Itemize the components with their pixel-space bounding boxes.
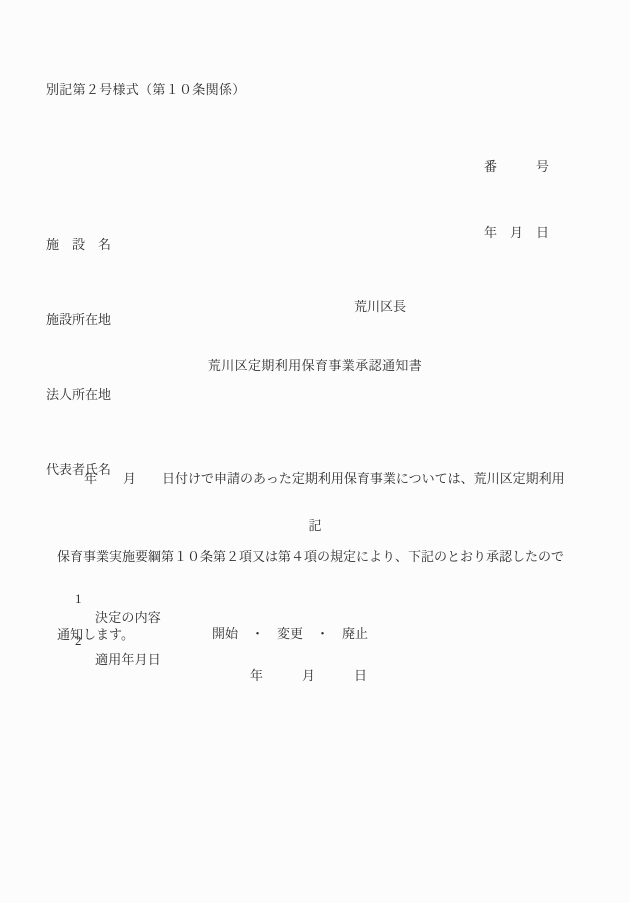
item-label: 適用年月日 (95, 649, 161, 668)
sender-name: 荒川区長 (354, 296, 406, 315)
body-paragraph-line-1: 年 月 日付けで申請のあった定期利用保育事業については、荒川区定期利用 (57, 466, 577, 492)
document-date-line: 年 月 日 (484, 222, 549, 244)
item-number: 1 (75, 591, 82, 607)
facility-address-label: 施設所在地 (46, 307, 111, 332)
application-date-item: 2 適用年月日 年 月 日 (0, 617, 630, 635)
facility-name-label: 施 設 名 (46, 232, 111, 257)
document-number-line: 番 号 (484, 156, 549, 178)
item-value: 年 月 日 (250, 665, 367, 684)
item-number: 2 (75, 633, 82, 649)
record-marker: 記 (0, 515, 630, 534)
number-date-block: 番 号 年 月 日 (484, 112, 549, 288)
corporation-address-label: 法人所在地 (46, 382, 111, 407)
body-paragraph-line-2: 保育事業実施要綱第１０条第２項又は第４項の規定により、下記のとおり承認したので (57, 544, 577, 570)
notification-document-page: 別記第２号様式（第１０条関係） 番 号 年 月 日 施 設 名 施設所在地 法人… (0, 0, 630, 903)
form-style-label: 別記第２号様式（第１０条関係） (46, 79, 246, 98)
decision-content-item: 1 決定の内容 開始 ・ 変更 ・ 廃止 (0, 575, 630, 593)
document-title: 荒川区定期利用保育事業承認通知書 (0, 355, 630, 374)
